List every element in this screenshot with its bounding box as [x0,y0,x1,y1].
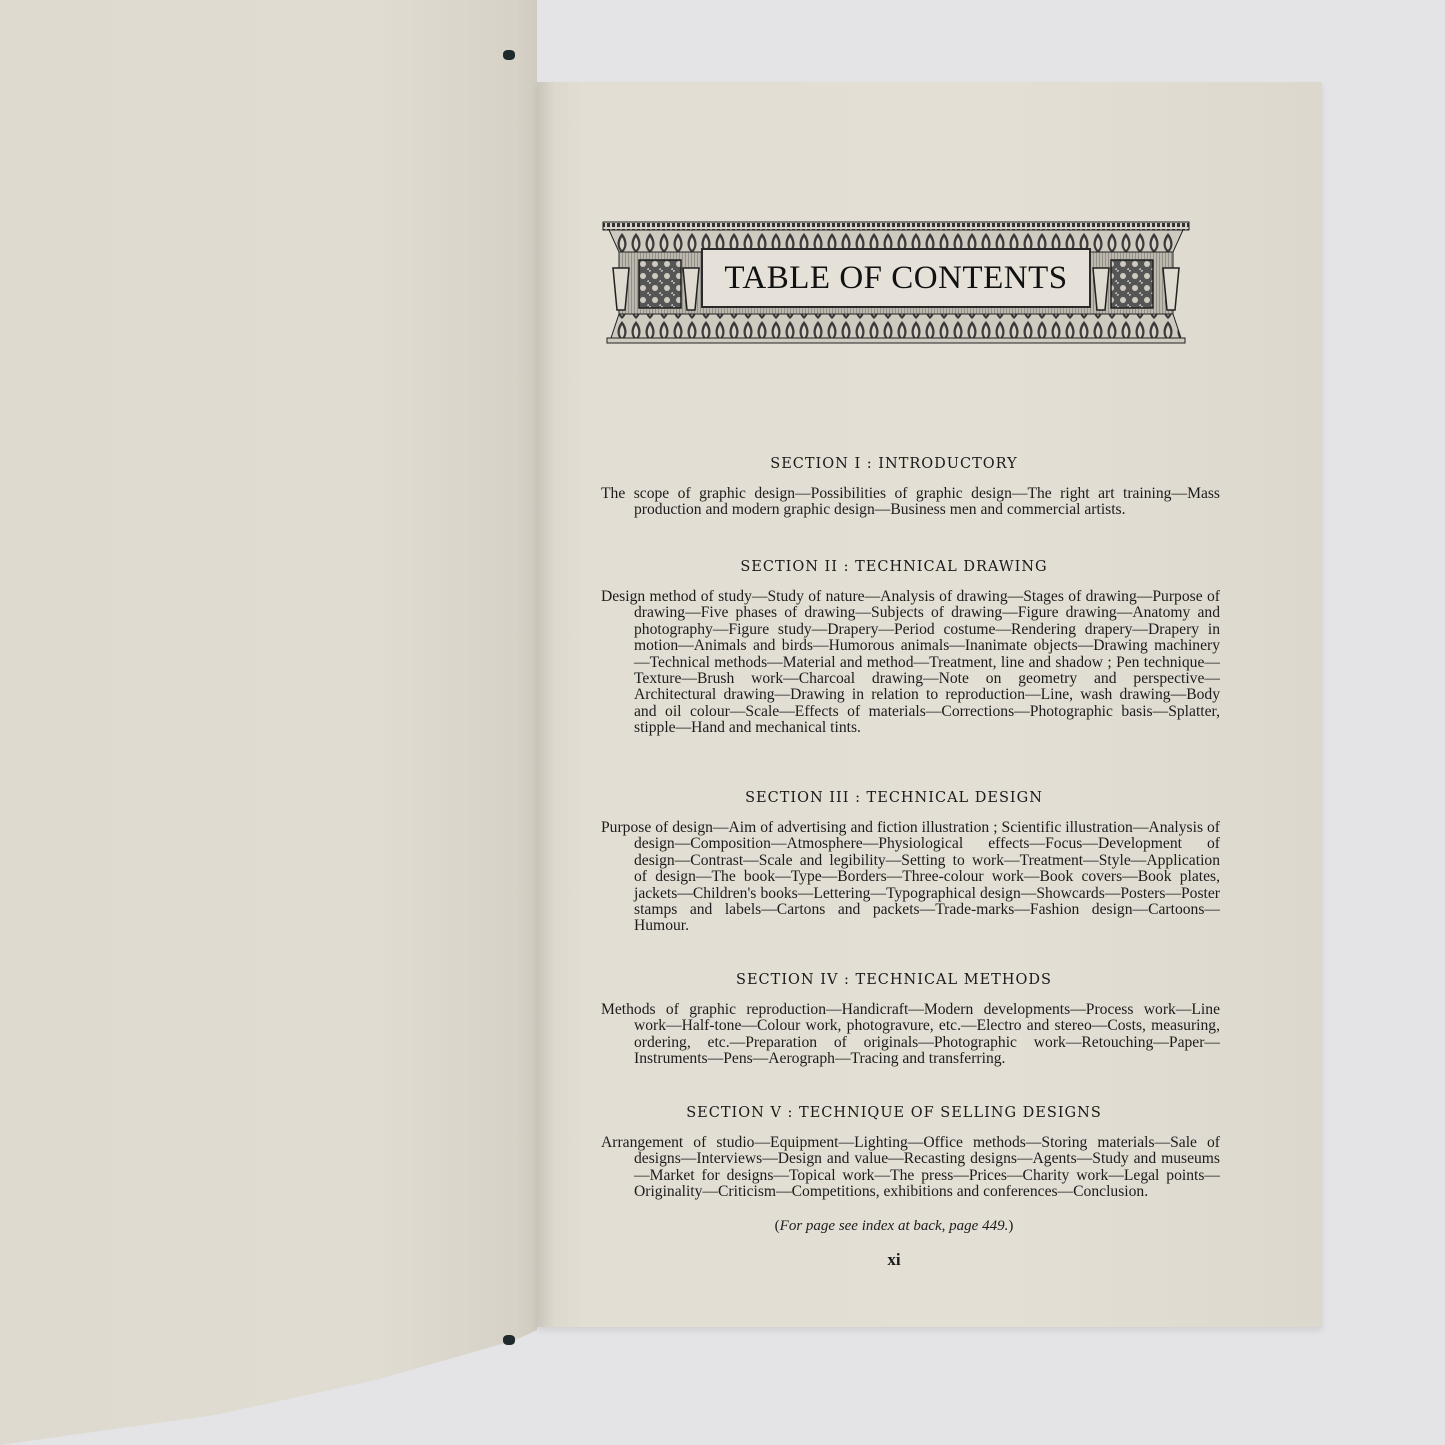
section-body: Purpose of design—Aim of advertising and… [601,820,1220,935]
section-heading: SECTION I : INTRODUCTORY [601,456,1187,472]
page-number: xi [601,1250,1187,1270]
section-body: The scope of graphic design—Possibilitie… [601,486,1220,519]
footnote-close-paren: ) [1008,1218,1013,1234]
page-title: TABLE OF CONTENTS [701,248,1091,308]
ornamental-header-banner: TABLE OF CONTENTS [601,210,1191,348]
index-footnote: (For page see index at back, page 449.) [601,1218,1187,1235]
section-heading: SECTION V : TECHNIQUE OF SELLING DESIGNS [601,1105,1187,1121]
section-heading: SECTION III : TECHNICAL DESIGN [601,790,1187,806]
page-gutter-shadow [537,82,555,1327]
left-page-blank [0,0,537,1445]
section-body: Methods of graphic reproduction—Handicra… [601,1002,1220,1068]
table-of-contents: TABLE OF CONTENTS SECTION I : INTRODUCTO… [601,210,1187,348]
right-page: TABLE OF CONTENTS SECTION I : INTRODUCTO… [537,82,1322,1327]
book-cover-corner-bottom [503,1335,515,1345]
section-body: Design method of study—Study of nature—A… [601,589,1220,737]
section-body: Arrangement of studio—Equipment—Lighting… [601,1135,1220,1201]
footnote-text: For page see index at back, page 449. [780,1218,1009,1234]
section-heading: SECTION IV : TECHNICAL METHODS [601,972,1187,988]
section-heading: SECTION II : TECHNICAL DRAWING [601,559,1187,575]
book-cover-corner-top [503,50,515,60]
